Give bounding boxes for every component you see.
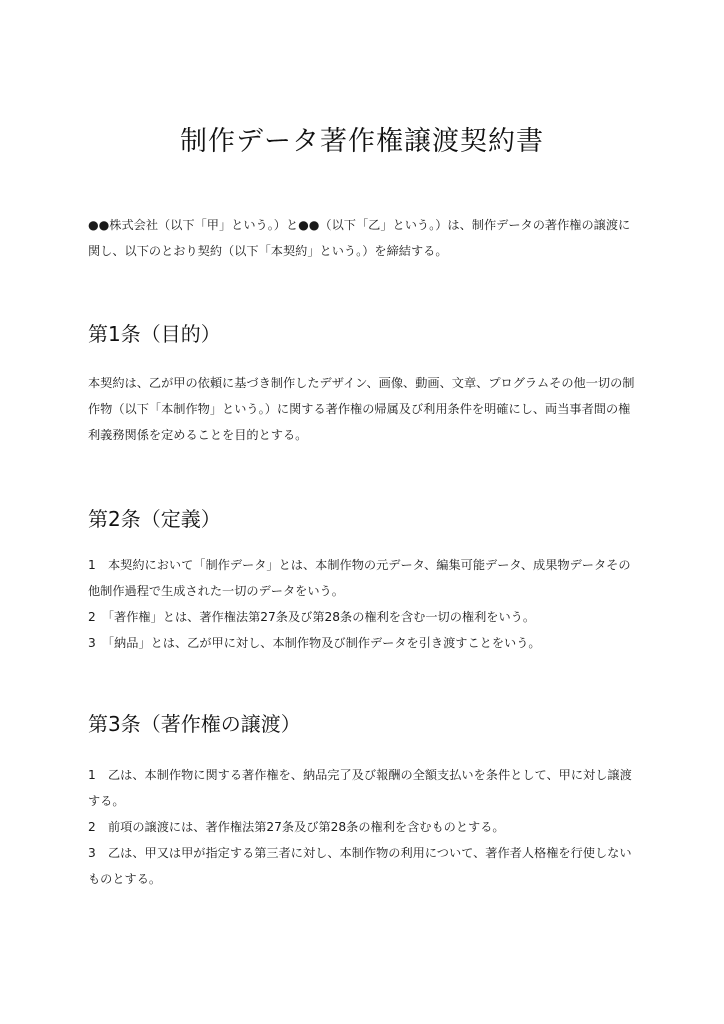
article-line: 3 「納品」とは、乙が甲に対し、本制作物及び制作データを引き渡すことをいう。 (88, 630, 648, 656)
article-line: する。 (88, 788, 648, 814)
article-line: 3 乙は、甲又は甲が指定する第三者に対し、本制作物の利用について、著作者人格権を… (88, 840, 648, 866)
preamble-line: ●●株式会社（以下「甲」という。）と●●（以下「乙」という。）は、制作データの著… (88, 212, 648, 238)
preamble-line: 関し、以下のとおり契約（以下「本契約」という。）を締結する。 (88, 238, 648, 264)
article-3-heading: 第3条（著作権の譲渡） (88, 710, 301, 738)
article-2-body: 1 本契約において「制作データ」とは、本制作物の元データ、編集可能データ、成果物… (88, 552, 648, 656)
preamble: ●●株式会社（以下「甲」という。）と●●（以下「乙」という。）は、制作データの著… (88, 212, 648, 264)
article-line: 2 前項の譲渡には、著作権法第27条及び第28条の権利を含むものとする。 (88, 814, 648, 840)
article-line: 1 本契約において「制作データ」とは、本制作物の元データ、編集可能データ、成果物… (88, 552, 648, 578)
article-line: 1 乙は、本制作物に関する著作権を、納品完了及び報酬の全額支払いを条件として、甲… (88, 762, 648, 788)
article-1-body: 本契約は、乙が甲の依頼に基づき制作したデザイン、画像、動画、文章、プログラムその… (88, 370, 648, 448)
article-line: 本契約は、乙が甲の依頼に基づき制作したデザイン、画像、動画、文章、プログラムその… (88, 370, 648, 396)
document-page: 制作データ著作権譲渡契約書 ●●株式会社（以下「甲」という。）と●●（以下「乙」… (0, 0, 724, 1024)
article-line: 2 「著作権」とは、著作権法第27条及び第28条の権利を含む一切の権利をいう。 (88, 604, 648, 630)
article-line: 他制作過程で生成された一切のデータをいう。 (88, 578, 648, 604)
article-line: ものとする。 (88, 866, 648, 892)
article-line: 利義務関係を定めることを目的とする。 (88, 422, 648, 448)
article-3-body: 1 乙は、本制作物に関する著作権を、納品完了及び報酬の全額支払いを条件として、甲… (88, 762, 648, 892)
document-title: 制作データ著作権譲渡契約書 (0, 124, 724, 160)
article-1-heading: 第1条（目的） (88, 320, 221, 348)
article-line: 作物（以下「本制作物」という。）に関する著作権の帰属及び利用条件を明確にし、両当… (88, 396, 648, 422)
article-2-heading: 第2条（定義） (88, 505, 221, 533)
